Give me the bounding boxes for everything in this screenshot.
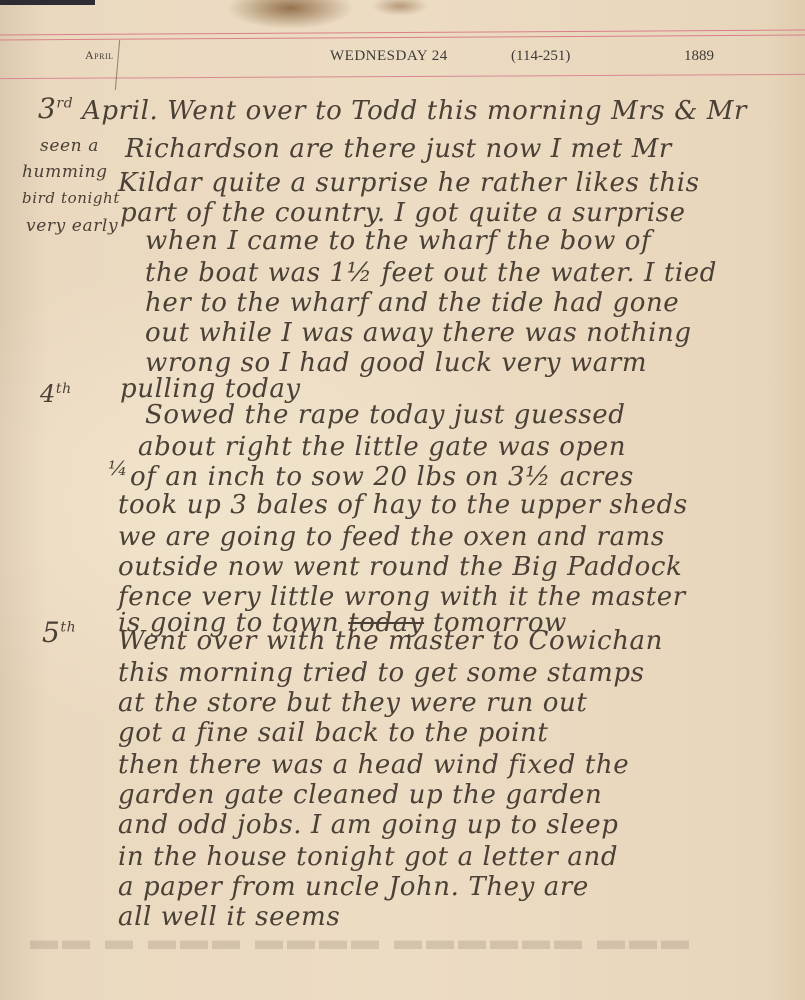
header-day-count: (114-251) — [511, 48, 570, 65]
entry-5th-line-7: and odd jobs. I am going up to sleep — [118, 810, 619, 840]
margin-fraction-quarter: ¼ — [108, 456, 128, 480]
entry-3rd-line-1: April. Went over to Todd this morning Mr… — [82, 96, 747, 126]
entry-5th-line-9: a paper from uncle John. They are — [118, 872, 589, 902]
margin-date-suffix: th — [56, 381, 72, 397]
entry-5th-line-2: this morning tried to get some stamps — [118, 658, 645, 688]
entry-4th-line-3: of an inch to sow 20 lbs on 3½ acres — [130, 462, 634, 492]
entry-3rd-line-2: Richardson are there just now I met Mr — [125, 134, 672, 164]
margin-date-suffix: rd — [56, 96, 73, 112]
entry-5th-line-3: at the store but they were run out — [118, 688, 587, 718]
margin-note-very-early: very early — [26, 216, 118, 236]
entry-3rd-line-8: out while I was away there was nothing — [145, 318, 692, 348]
entry-3rd-line-6: the boat was 1½ feet out the water. I ti… — [145, 258, 717, 288]
margin-note-humming: humming — [22, 162, 108, 182]
margin-note-bird-tonight: bird tonight — [22, 189, 120, 207]
margin-date-4th: 4th — [40, 380, 72, 408]
entry-3rd-line-4: part of the country. I got quite a surpr… — [120, 198, 686, 228]
header-month: April — [85, 48, 114, 63]
diary-page: April WEDNESDAY 24 (114-251) 1889 3rd se… — [0, 0, 805, 1000]
entry-4th-line-4: took up 3 bales of hay to the upper shed… — [118, 490, 688, 520]
margin-date-5th: 5th — [42, 616, 76, 649]
entry-5th-line-5: then there was a head wind fixed the — [118, 750, 629, 780]
margin-date-number: 4 — [40, 380, 56, 408]
header-bottom-rule — [0, 74, 805, 79]
header-year: 1889 — [684, 48, 714, 65]
margin-note-seen-a: seen a — [40, 136, 99, 156]
entry-4th-line-5: we are going to feed the oxen and rams — [118, 522, 665, 552]
page-header: April WEDNESDAY 24 (114-251) 1889 — [0, 46, 805, 70]
entry-3rd-line-7: her to the wharf and the tide had gone — [145, 288, 679, 318]
entry-4th-line-1: Sowed the rape today just guessed — [145, 400, 625, 430]
bleed-through-text: ▬▬ ▬ ▬▬▬ ▬▬▬▬ ▬▬▬▬▬▬ ▬▬▬ — [0, 925, 805, 985]
entry-3rd-line-3: Kildar quite a surprise he rather likes … — [118, 168, 700, 198]
header-weekday-date: WEDNESDAY 24 — [330, 48, 448, 65]
margin-date-number: 5 — [42, 616, 60, 649]
entry-4th-line-2: about right the little gate was open — [138, 432, 626, 462]
margin-date-number: 3 — [38, 92, 56, 125]
book-binding-edge — [0, 0, 95, 5]
margin-date-suffix: th — [60, 620, 76, 636]
margin-date-3rd: 3rd — [38, 92, 73, 125]
entry-5th-line-6: garden gate cleaned up the garden — [118, 780, 602, 810]
header-top-rule — [0, 30, 805, 41]
entry-5th-line-1: Went over with the master to Cowichan — [118, 626, 663, 656]
entry-4th-line-6: outside now went round the Big Paddock — [118, 552, 682, 582]
entry-5th-line-4: got a fine sail back to the point — [118, 718, 548, 748]
entry-3rd-line-5: when I came to the wharf the bow of — [145, 226, 651, 256]
entry-5th-line-8: in the house tonight got a letter and — [118, 842, 618, 872]
